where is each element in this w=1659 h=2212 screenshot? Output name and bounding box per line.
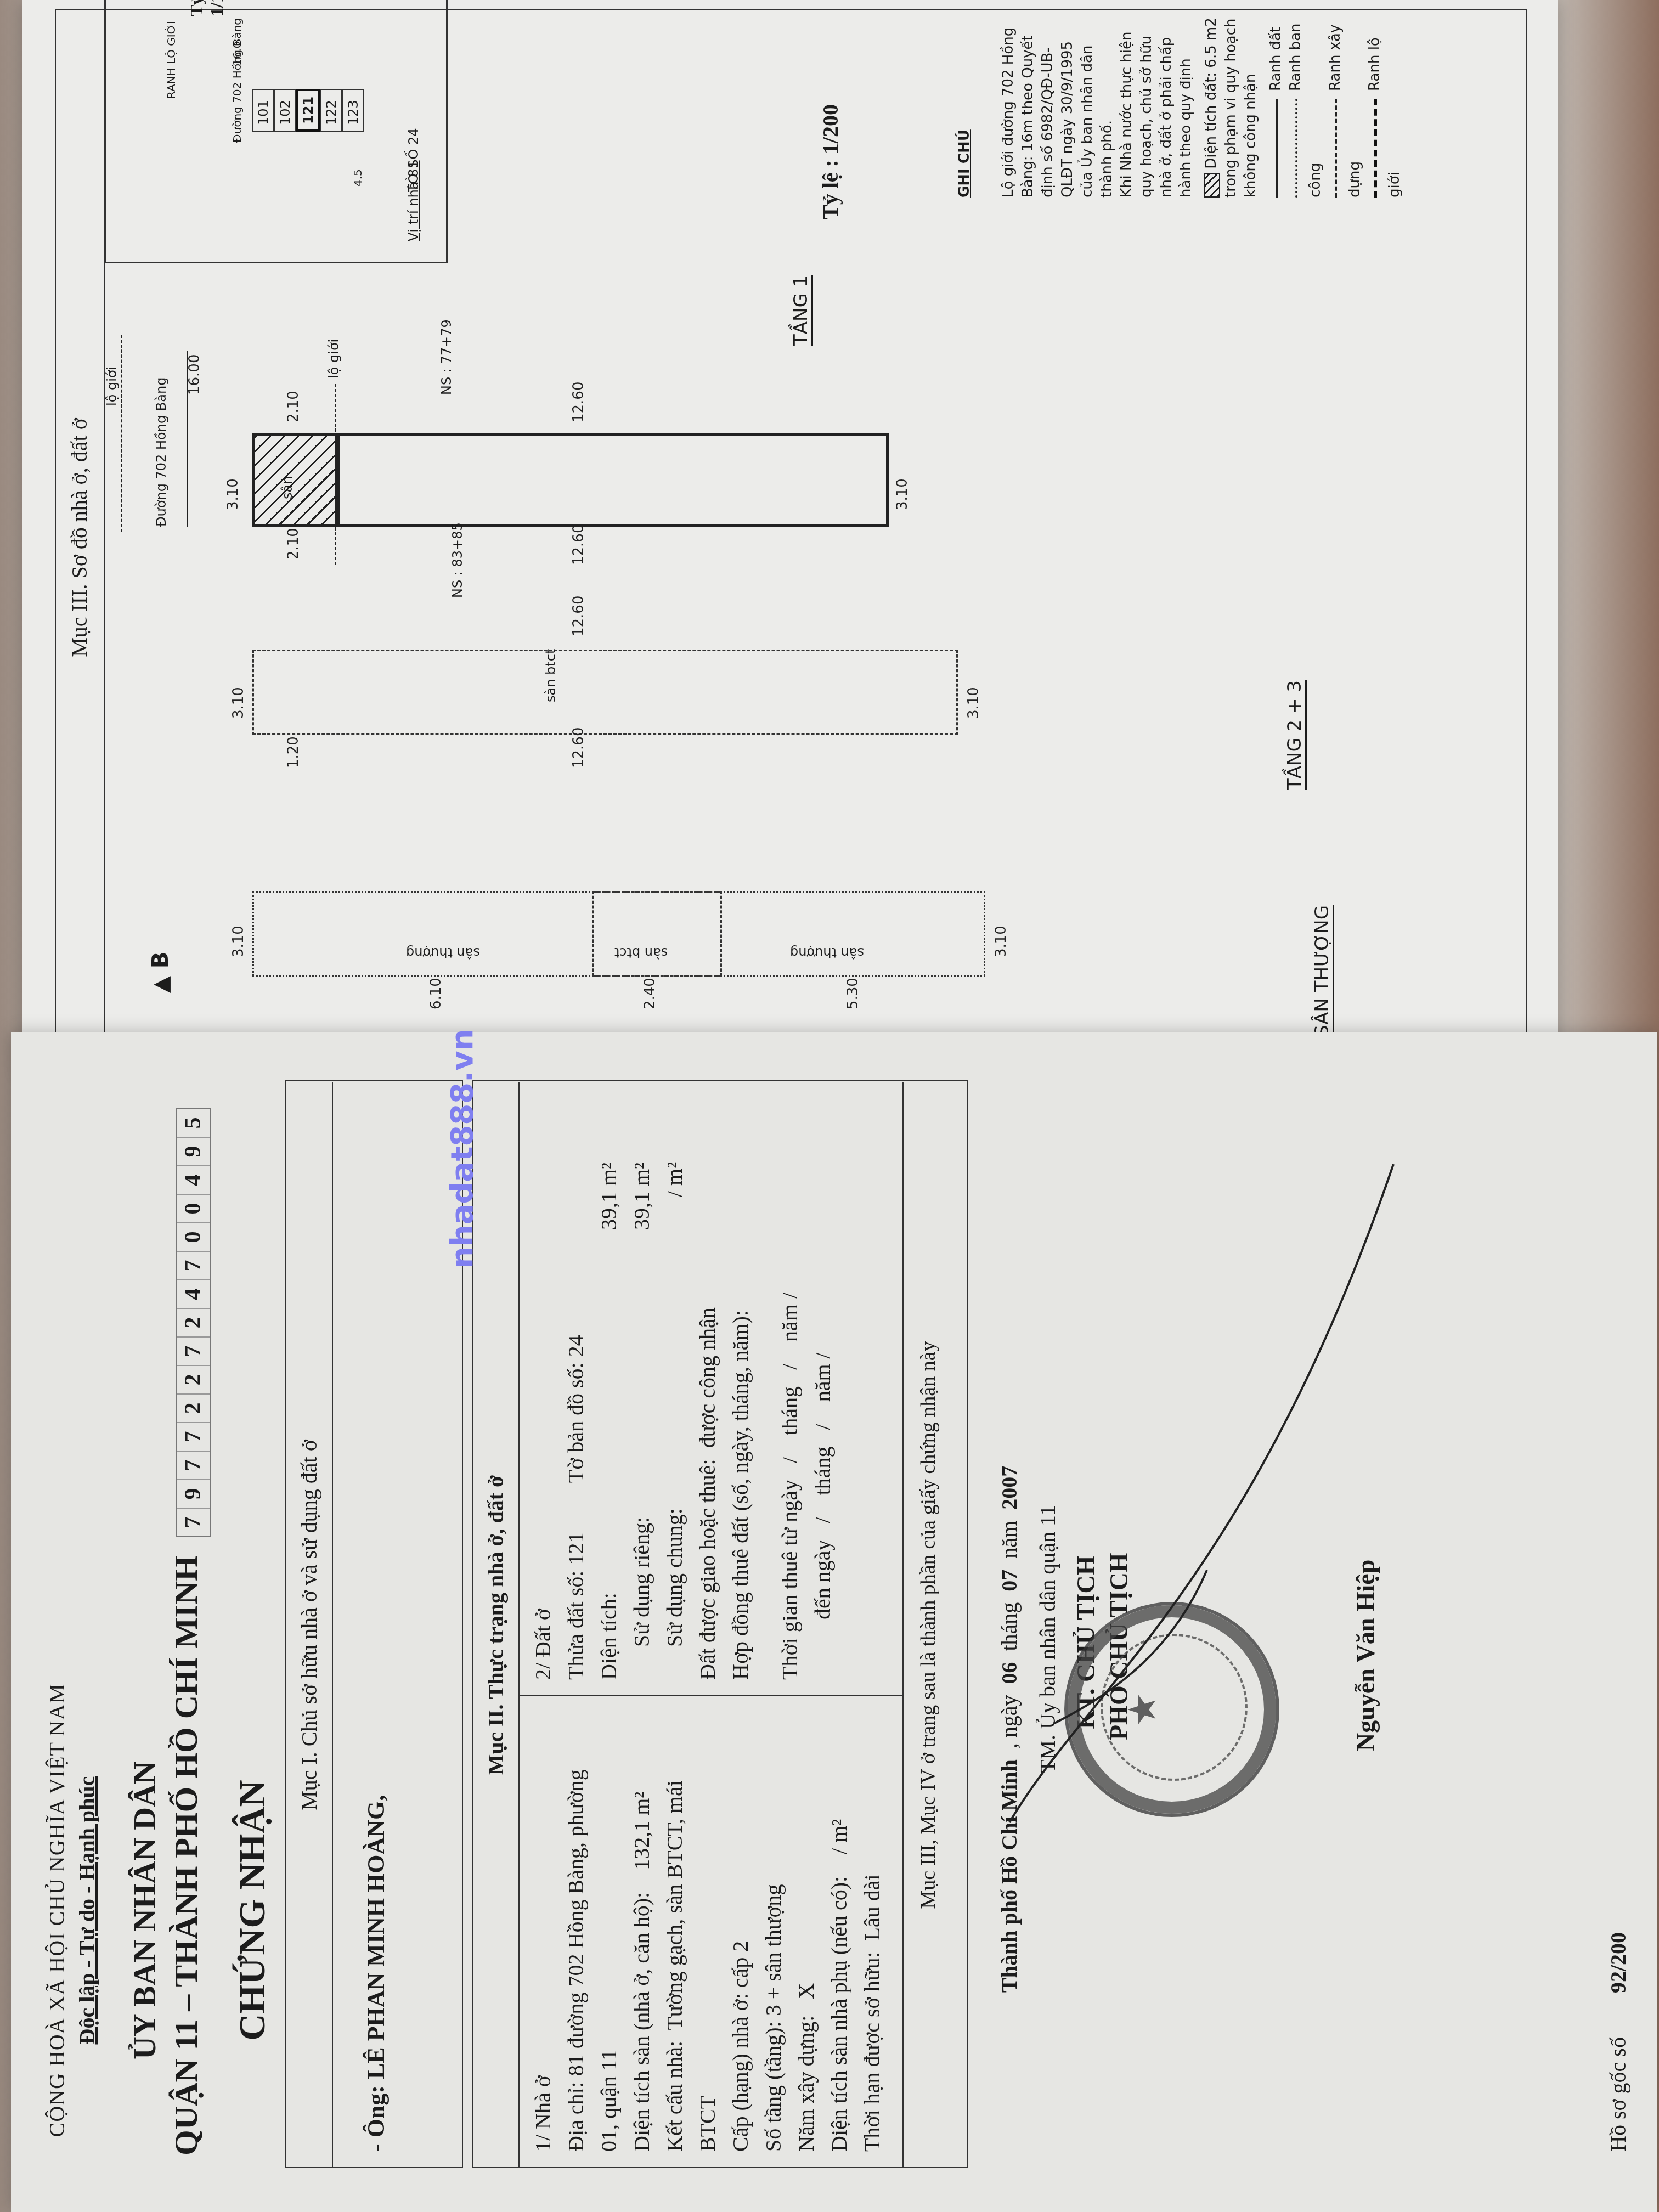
dim-label: 3.10	[894, 478, 911, 510]
boundary-label: lộ giới	[104, 366, 120, 406]
parcel: 123	[342, 89, 364, 132]
rooftop-seg-label: sân thượng	[790, 945, 864, 960]
notes-block: GHI CHÚ	[955, 11, 974, 198]
dim-label: 3.10	[230, 926, 247, 957]
serial-number: 797722724700495	[176, 1108, 211, 1537]
section-header-bar: Mục III. Sơ đồ nhà ở, đất ở	[55, 11, 105, 1064]
parcel-list: 101 102 121 122 123	[252, 89, 364, 132]
parcel: 101	[252, 89, 274, 132]
divider	[518, 1082, 520, 2168]
watermark: nhadat888.vn	[444, 1029, 480, 1268]
dim-label: 3.10	[993, 926, 1009, 957]
note-item: Khi Nhà nước thực hiện quy hoạch, chủ sở…	[1117, 11, 1196, 198]
road-boundary-line	[121, 335, 122, 532]
street-label: Đường 702 Hồng Bàng	[154, 377, 169, 527]
map-offset: 4.5	[351, 169, 364, 187]
yard-label: sân	[280, 476, 295, 499]
legend: Ranh đất Ranh ban công Ranh xây dựng Ran…	[1266, 11, 1404, 198]
note-item: Lộ giới đường 702 Hồng Bàng: 16m theo Qu…	[998, 11, 1117, 198]
hatch-note: Diện tích đất: 6.5 m2 trong phạm vi quy …	[1201, 11, 1261, 198]
legend-item: Ranh lộ giới	[1365, 11, 1404, 198]
house-info: 1/ Nhà ở Địa chỉ: 81 đường 702 Hồng Bàng…	[527, 1702, 889, 2152]
rooftop-slab	[592, 891, 722, 977]
floor23-room-label: sàn btct	[543, 649, 558, 702]
dim-label: 3.10	[230, 687, 247, 719]
floor23-outline	[252, 650, 958, 735]
dim-label: 2.10	[285, 391, 302, 422]
dim-label: 12.60	[571, 596, 587, 636]
dim-label: 6.10	[428, 978, 444, 1009]
column-divider	[518, 1695, 902, 1696]
dim-label: 2.10	[285, 528, 302, 560]
map-road-width: 16.0	[230, 41, 244, 66]
divider	[902, 1082, 904, 2168]
map-scale: Tỷ lệ : 1/1000	[187, 0, 227, 16]
motto: Độc lập - Tự do - Hạnh phúc	[74, 1609, 100, 2212]
floor23-plan-title: TẦNG 2 + 3	[1284, 680, 1306, 790]
rooftop-plan-title: SÂN THƯỢNG	[1311, 905, 1333, 1037]
section2-title: Mục II. Thực trạng nhà ở, đất ở	[483, 1082, 509, 2168]
legend-item: Ranh ban công	[1286, 11, 1325, 198]
floor1-outline	[335, 433, 889, 527]
nation-header: CỘNG HOÀ XÃ HỘI CHỦ NGHĨA VIỆT NAM	[44, 1609, 70, 2212]
dim-label: 2.40	[642, 978, 658, 1009]
boundary-label: lộ giới	[326, 339, 342, 379]
dim-label: 3.10	[225, 478, 241, 510]
parcel: 102	[274, 89, 296, 132]
floor1-plan-title: TẦNG 1	[790, 275, 812, 346]
location-map-frame	[104, 0, 448, 263]
issuer-line2: QUẬN 11 – THÀNH PHỐ HỒ CHÍ MINH	[167, 1499, 205, 2212]
owner: - Ông: LÊ PHAN MINH HOÀNG,	[362, 1795, 390, 2152]
rooftop-seg-label: sàn btct	[614, 945, 668, 960]
legend-item: Ranh đất	[1266, 11, 1286, 198]
floor1-scale: Tỷ lệ : 1/200	[817, 104, 843, 219]
notes-heading: GHI CHÚ	[955, 11, 974, 198]
signer-name: Nguyễn Văn Hiệp	[1350, 1560, 1383, 1751]
parcel-highlighted: 121	[296, 89, 320, 132]
road-width-label: 16.00	[187, 354, 203, 395]
dim-label: 12.60	[571, 727, 587, 768]
yard-hatched-area	[252, 433, 340, 527]
section1-title: Mục I. Chủ sở hữu nhà ở và sử dụng đất ở	[296, 1082, 322, 2168]
neighbor-right-label: NS : 77+79	[439, 319, 454, 395]
dim-label: 5.30	[845, 978, 861, 1009]
section-title: Mục III. Sơ đồ nhà ở, đất ở	[55, 11, 104, 1064]
file-number: Hồ sơ gốc số 92/200	[1602, 1932, 1635, 2152]
north-arrow-icon: ▲ B	[148, 952, 173, 993]
certificate-page: CỘNG HOÀ XÃ HỘI CHỦ NGHĨA VIỆT NAM Độc l…	[11, 1032, 1657, 2212]
boundary-line	[335, 384, 336, 565]
dim-label: 12.60	[571, 382, 587, 422]
parcel: 122	[320, 89, 342, 132]
legend-item: Ranh xây dựng	[1325, 11, 1365, 198]
notes-items: Lộ giới đường 702 Hồng Bàng: 16m theo Qu…	[998, 11, 1404, 198]
rooftop-seg-label: sân thượng	[406, 945, 480, 960]
land-info: 2/ Đất ở Thửa đất số: 121 Tờ bản đồ số: …	[527, 1098, 839, 1680]
house-location-label: Vị trí nhà 81	[406, 160, 421, 241]
dim-label: 12.60	[571, 524, 587, 565]
hatch-legend-icon	[1204, 173, 1220, 198]
diagram-page: Mục III. Sơ đồ nhà ở, đất ở ▲ B SÂN THƯỢ…	[22, 0, 1558, 1075]
certificate-title: CHỨNG NHẬN	[230, 1609, 274, 2212]
map-street-label: Đường 702 Hồng Bàng	[230, 18, 244, 143]
map-boundary-label: RANH LỘ GIỚI	[165, 21, 178, 99]
section2-footer-note: Mục III, Mục IV ở trang sau là thành phầ…	[916, 1082, 940, 2168]
dim-label: 1.20	[285, 736, 302, 768]
dim-label: 3.10	[966, 687, 982, 719]
neighbor-left-label: NS : 83+85	[450, 522, 465, 598]
issuer-line1: ỦY BAN NHÂN DÂN	[126, 1609, 163, 2212]
divider	[332, 1082, 333, 2168]
